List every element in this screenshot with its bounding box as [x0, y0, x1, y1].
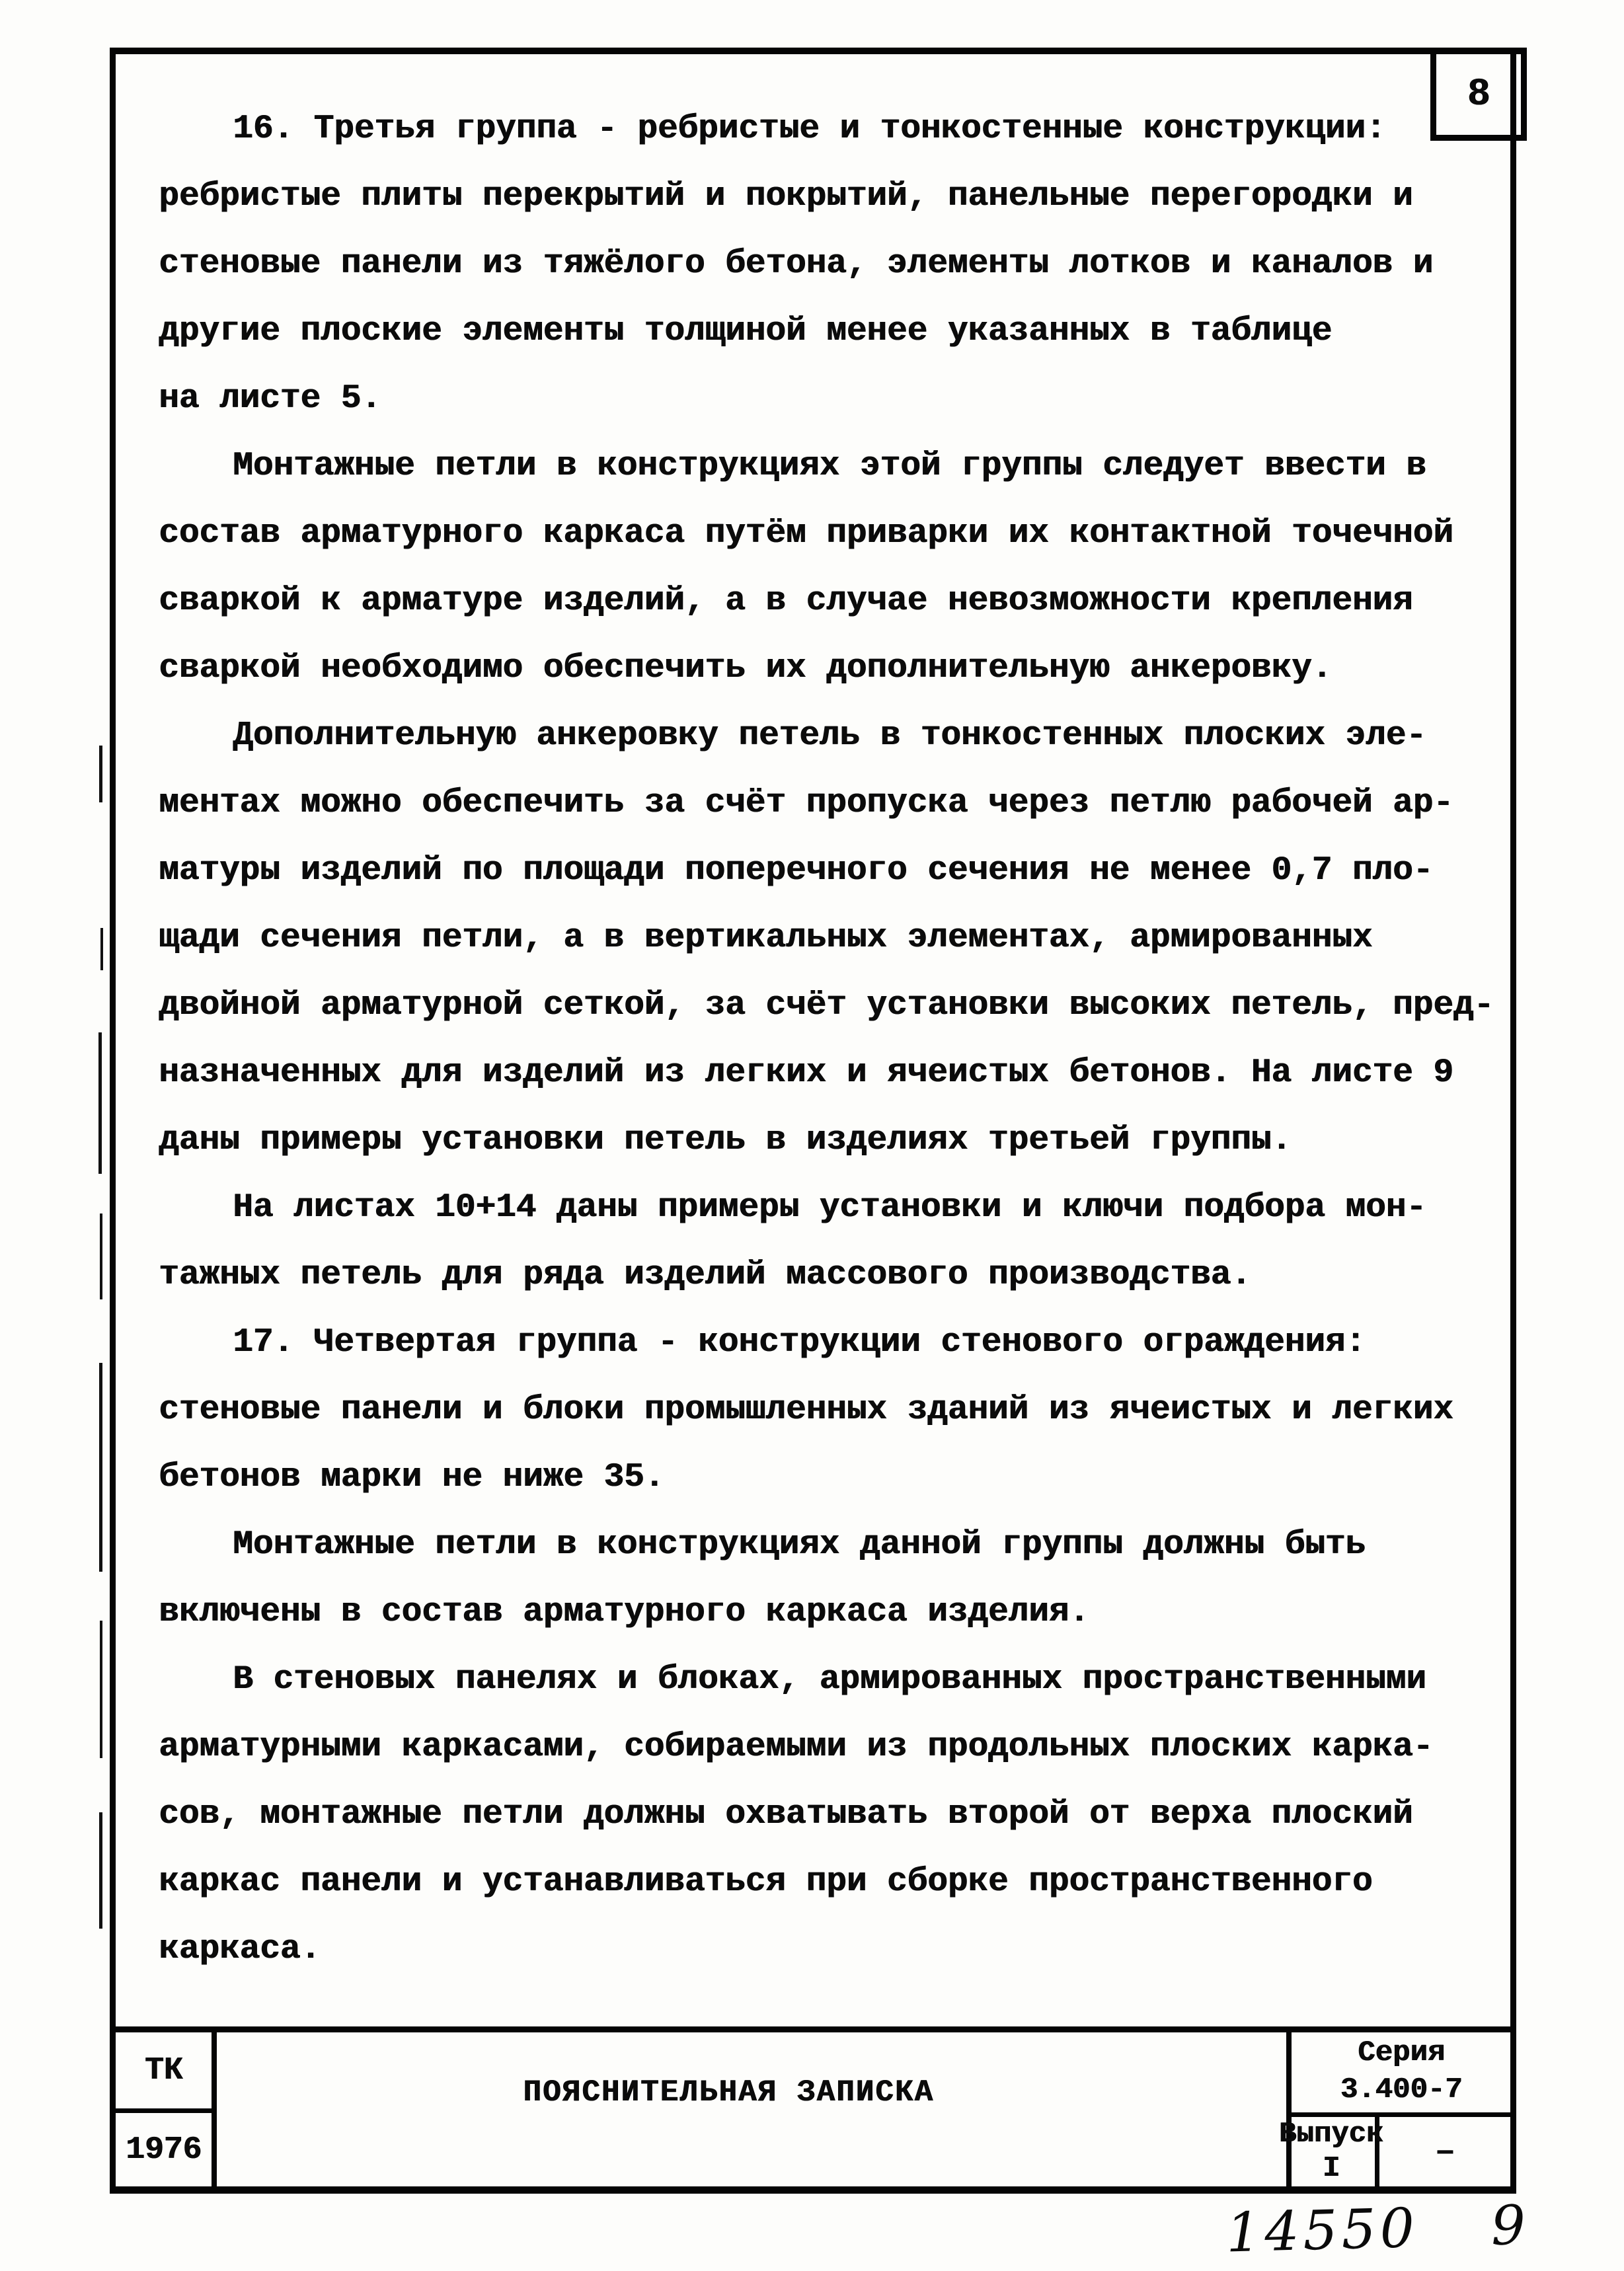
text-line: включены в состав арматурного каркаса из…	[159, 1579, 1514, 1646]
text-line: сваркой к арматуре изделий, а в случае н…	[159, 568, 1514, 635]
title-block-series-cell: Серия 3.400-7	[1292, 2030, 1511, 2112]
text-line: арматурными каркасами, собираемыми из пр…	[159, 1714, 1514, 1781]
scan-artifact	[100, 1621, 102, 1758]
text-line: щади сечения петли, а в вертикальных эле…	[159, 905, 1514, 972]
scan-artifact	[99, 746, 102, 802]
paragraph-16: 16. Третья группа - ребристые и тонкосте…	[159, 96, 1514, 433]
text-line: каркас панели и устанавливаться при сбор…	[159, 1849, 1514, 1916]
text-line: Дополнительную анкеровку петель в тонкос…	[159, 703, 1514, 770]
text-line: сваркой необходимо обеспечить их дополни…	[159, 635, 1514, 703]
text-line: назначенных для изделий из легких и ячеи…	[159, 1040, 1514, 1107]
title-block-document-title-cell: ПОЯСНИТЕЛЬНАЯ ЗАПИСКА	[194, 2026, 1263, 2159]
text-line: двойной арматурной сеткой, за счёт устан…	[159, 972, 1514, 1040]
org-label: ТК	[145, 2053, 183, 2089]
text-line: на листе 5.	[159, 366, 1514, 433]
paragraph: В стеновых панелях и блоках, армированны…	[159, 1646, 1514, 1983]
frame-left-border	[110, 48, 116, 2193]
text-line: Монтажные петли в конструкциях данной гр…	[159, 1512, 1514, 1579]
text-line: стеновые панели и блоки промышленных зда…	[159, 1377, 1514, 1444]
paragraph: Монтажные петли в конструкциях данной гр…	[159, 1512, 1514, 1646]
scan-artifact	[100, 928, 103, 970]
text-line: стеновые панели из тяжёлого бетона, элем…	[159, 231, 1514, 298]
paragraph: Дополнительную анкеровку петель в тонкос…	[159, 703, 1514, 1174]
text-line: бетонов марки не ниже 35.	[159, 1444, 1514, 1512]
text-line: В стеновых панелях и блоках, армированны…	[159, 1646, 1514, 1714]
text-line: ментах можно обеспечить за счёт пропуска…	[159, 770, 1514, 837]
paragraph: На листах 10+14 даны примеры установки и…	[159, 1174, 1514, 1309]
text-line: 16. Третья группа - ребристые и тонкосте…	[159, 96, 1514, 163]
dash-value: –	[1434, 2132, 1455, 2171]
body-text: 16. Третья группа - ребристые и тонкосте…	[159, 96, 1514, 1983]
issue-label: Выпуск I	[1279, 2117, 1383, 2186]
title-block-issue-cell: Выпуск I	[1286, 2115, 1376, 2188]
text-line: состав арматурного каркаса путём приварк…	[159, 500, 1514, 568]
handwritten-number: 14550	[1225, 2197, 1419, 2265]
scan-artifact	[100, 1213, 102, 1299]
text-line: матуры изделий по площади поперечного се…	[159, 837, 1514, 905]
text-line: даны примеры установки петель в изделиях…	[159, 1107, 1514, 1174]
title-block-dash-cell: –	[1379, 2115, 1510, 2188]
text-line: 17. Четвертая группа - конструкции стено…	[159, 1309, 1514, 1377]
scan-artifact	[99, 1363, 102, 1572]
series-label: Серия 3.400-7	[1340, 2034, 1463, 2108]
scanned-document-page: { "page": { "number": "8" }, "content": …	[0, 0, 1624, 2271]
text-line: ребристые плиты перекрытий и покрытий, п…	[159, 163, 1514, 231]
paragraph: Монтажные петли в конструкциях этой груп…	[159, 433, 1514, 703]
text-line: сов, монтажные петли должны охватывать в…	[159, 1781, 1514, 1849]
handwritten-page: 9	[1490, 2194, 1531, 2257]
scan-artifact	[98, 1032, 102, 1174]
document-title: ПОЯСНИТЕЛЬНАЯ ЗАПИСКА	[523, 2075, 934, 2110]
year-label: 1976	[126, 2132, 202, 2168]
text-line: тажных петель для ряда изделий массового…	[159, 1242, 1514, 1309]
text-line: На листах 10+14 даны примеры установки и…	[159, 1174, 1514, 1242]
scan-artifact	[99, 1812, 102, 1929]
text-line: Монтажные петли в конструкциях этой груп…	[159, 433, 1514, 500]
paragraph-17: 17. Четвертая группа - конструкции стено…	[159, 1309, 1514, 1512]
handwritten-note: 145509	[1225, 2195, 1504, 2265]
text-line: другие плоские элементы толщиной менее у…	[159, 298, 1514, 366]
text-line: каркаса.	[159, 1916, 1514, 1983]
frame-top-border	[110, 48, 1516, 54]
